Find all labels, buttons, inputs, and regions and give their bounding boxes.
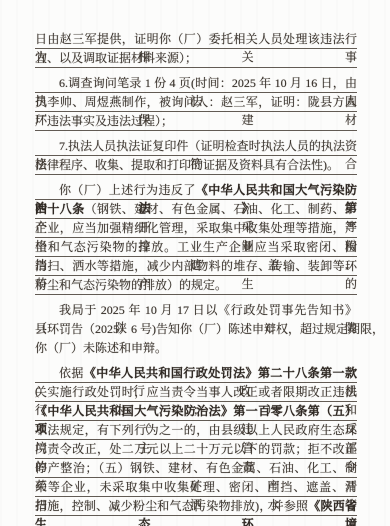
body-text: 法律程序、收集、提取和打印的证据及资料具有合法性)。 [35, 158, 339, 172]
body-text: 你（厂）上述行为违反了 [59, 183, 196, 197]
text-line: 采等企业，未采取集中收集处理、密闭、围挡、遮盖、清扫、洒水等 [35, 478, 357, 497]
text-line: 措施，控制、减少粉尘和气态污染物排放)，并参照《陕西省生态环境 [35, 497, 357, 516]
text-line: 你（厂）上述行为违反了《中华人民共和国大气污染防治法》第 [35, 181, 357, 200]
text-line: 本法规定，有下列行为之一的，由县级以上人民政府生态环境主管部 [35, 421, 357, 440]
text-line: 尘和气态污染物的排放。工业生产企业应当采取密闭、围挡、遮盖、 [35, 238, 357, 257]
text-line: 依据《中华人民共和国行政处罚法》第二十八条第一款(行政机 [35, 364, 357, 383]
text-line: 员李帅、周煜燕制作，被询问人：赵三军，证明：陇县方圆环保建材 [35, 93, 357, 112]
text-line: 法律程序、收集、提取和打印的证据及资料具有合法性)。 [35, 156, 357, 175]
body-text: 县环罚告（2025）6 号)告知你（厂）陈述申辩权，超过规定期限， [35, 322, 384, 336]
body-text: 宜、以及调取证据材料来源）； [35, 51, 197, 65]
body-text: 依据 [59, 366, 84, 380]
text-line: 县环罚告（2025）6 号)告知你（厂）陈述申辩权，超过规定期限， [35, 320, 357, 339]
law-citation-text: 四十八条 [35, 202, 85, 216]
text-line: 关实施行政处罚时，应当责令当事人改正或者限期改正违法行为；）和 [35, 383, 357, 402]
text-line: 你（厂）未陈述和申辩。 [35, 339, 357, 358]
body-text: 措施，控制、减少粉尘和气态污染物排放)，并参照 [35, 499, 308, 513]
body-text: 你（厂）未陈述和申辩。 [35, 341, 167, 355]
body-text: 厂违法事实及违法过程）； [35, 114, 173, 128]
law-citation-text: 《中华人民共和国行政处罚法》第二十八条第一款 [84, 366, 357, 380]
text-line: 清扫、洒水等措施，减少内部物料的堆存、传输、装卸等环节产生的 [35, 257, 357, 276]
text-line: 四十八条（钢铁、建材、有色金属、石油、化工、制药、矿产开采等 [35, 200, 357, 219]
text-line: 我局于 2025 年 10 月 17 日以《行政处罚事先告知书》（陕 C 陇 [35, 301, 357, 320]
text-line: 7.执法人员执法证复印件（证明检查时执法人员的执法资格符合 [35, 137, 357, 156]
text-line: 门责令改正，处二万元以上二十万元以下的罚款；拒不改正的，责令 [35, 440, 357, 459]
text-line: 日由赵三军提供，证明你（厂）委托相关人员处理该违法行为相关事 [35, 30, 357, 49]
body-text: 粉尘和气态污染物的排放）的规定。 [35, 278, 227, 292]
text-line: 《中华人民共和国大气污染防治法》第一百零八条第（五）项（违反 [35, 402, 357, 421]
document-page: 日由赵三军提供，证明你（厂）委托相关人员处理该违法行为相关事宜、以及调取证据材料… [0, 0, 390, 526]
text-line: 停产整治；（五）钢铁、建材、有色金属、石油、化工、制药、矿产开 [35, 459, 357, 478]
text-line: 6.调查询问笔录 1 份 4 页(时间：2025 年 10 月 16 日，由执法… [35, 74, 357, 93]
document-body: 日由赵三军提供，证明你（厂）委托相关人员处理该违法行为相关事宜、以及调取证据材料… [35, 30, 357, 516]
text-line: 企业，应当加强精细化管理，采取集中收集处理等措施，严格控制粉 [35, 219, 357, 238]
